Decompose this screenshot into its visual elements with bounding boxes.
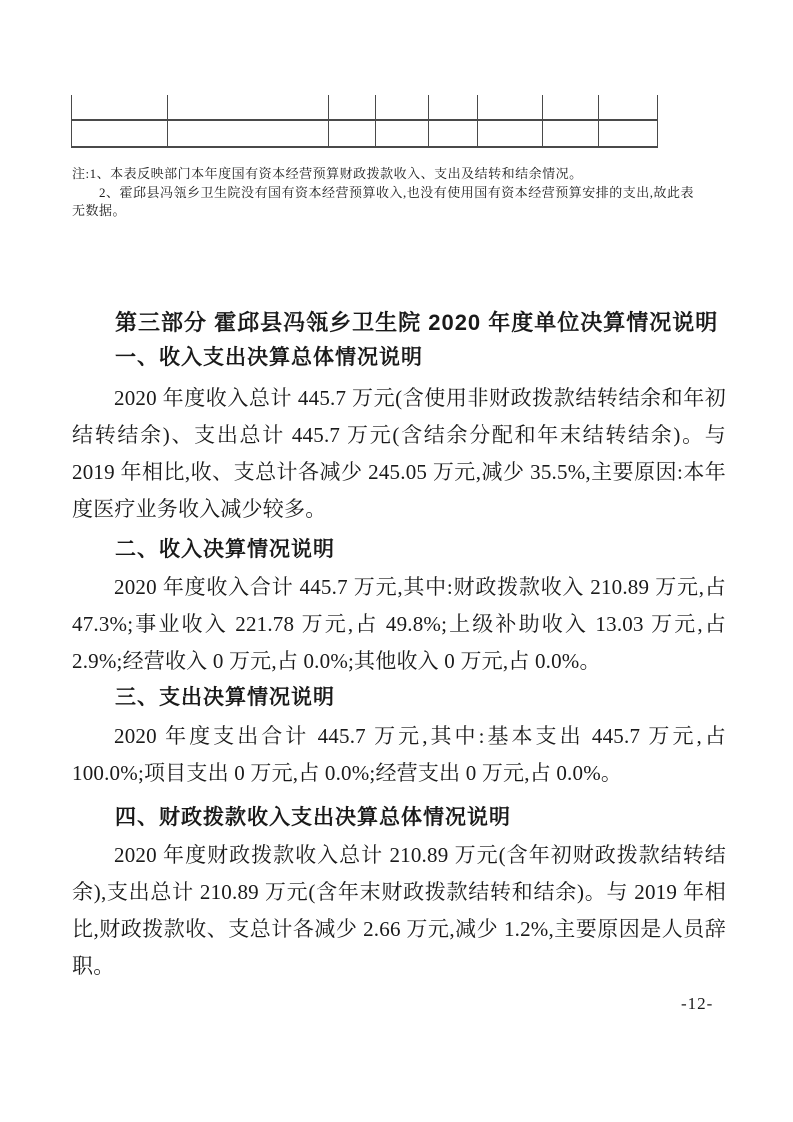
table-cell bbox=[543, 95, 599, 120]
table-cell bbox=[329, 120, 376, 147]
section-4-paragraph: 2020 年度财政拨款收入总计 210.89 万元(含年初财政拨款结转结余),支… bbox=[72, 837, 726, 985]
table-cell bbox=[72, 95, 168, 120]
table-fragment bbox=[71, 95, 658, 148]
document-page: 注:1、本表反映部门本年度国有资本经营预算财政拨款收入、支出及结转和结余情况。 … bbox=[0, 0, 793, 1122]
table-cell bbox=[478, 120, 543, 147]
table-cell bbox=[168, 120, 329, 147]
page-number: -12- bbox=[681, 994, 713, 1014]
section-1-paragraph: 2020 年度收入总计 445.7 万元(含使用非财政拨款结转结余和年初结转结余… bbox=[72, 380, 726, 528]
section-2-heading: 二、收入决算情况说明 bbox=[72, 533, 742, 563]
table-row bbox=[72, 95, 658, 120]
table-cell bbox=[168, 95, 329, 120]
table-cell bbox=[599, 95, 658, 120]
section-4-heading: 四、财政拨款收入支出决算总体情况说明 bbox=[72, 801, 742, 831]
table-cell bbox=[543, 120, 599, 147]
table-cell bbox=[376, 95, 429, 120]
table-cell bbox=[376, 120, 429, 147]
table-notes: 注:1、本表反映部门本年度国有资本经营预算财政拨款收入、支出及结转和结余情况。 … bbox=[72, 165, 732, 221]
section-3-paragraph: 2020 年度支出合计 445.7 万元,其中:基本支出 445.7 万元,占 … bbox=[72, 718, 726, 792]
section-3-heading: 三、支出决算情况说明 bbox=[72, 681, 742, 711]
table-note-2-cont: 无数据。 bbox=[72, 202, 732, 221]
table-row bbox=[72, 120, 658, 147]
section-1-heading: 一、收入支出决算总体情况说明 bbox=[72, 341, 742, 371]
table-cell bbox=[72, 120, 168, 147]
table-cell bbox=[429, 120, 478, 147]
table-note-1: 注:1、本表反映部门本年度国有资本经营预算财政拨款收入、支出及结转和结余情况。 bbox=[72, 165, 732, 184]
table-note-2: 2、霍邱县冯瓴乡卫生院没有国有资本经营预算收入,也没有使用国有资本经营预算安排的… bbox=[72, 184, 732, 203]
table-cell bbox=[599, 120, 658, 147]
table-cell bbox=[478, 95, 543, 120]
table-cell bbox=[329, 95, 376, 120]
table-cell bbox=[429, 95, 478, 120]
part-title: 第三部分 霍邱县冯瓴乡卫生院 2020 年度单位决算情况说明 bbox=[72, 306, 742, 337]
section-2-paragraph: 2020 年度收入合计 445.7 万元,其中:财政拨款收入 210.89 万元… bbox=[72, 569, 726, 680]
